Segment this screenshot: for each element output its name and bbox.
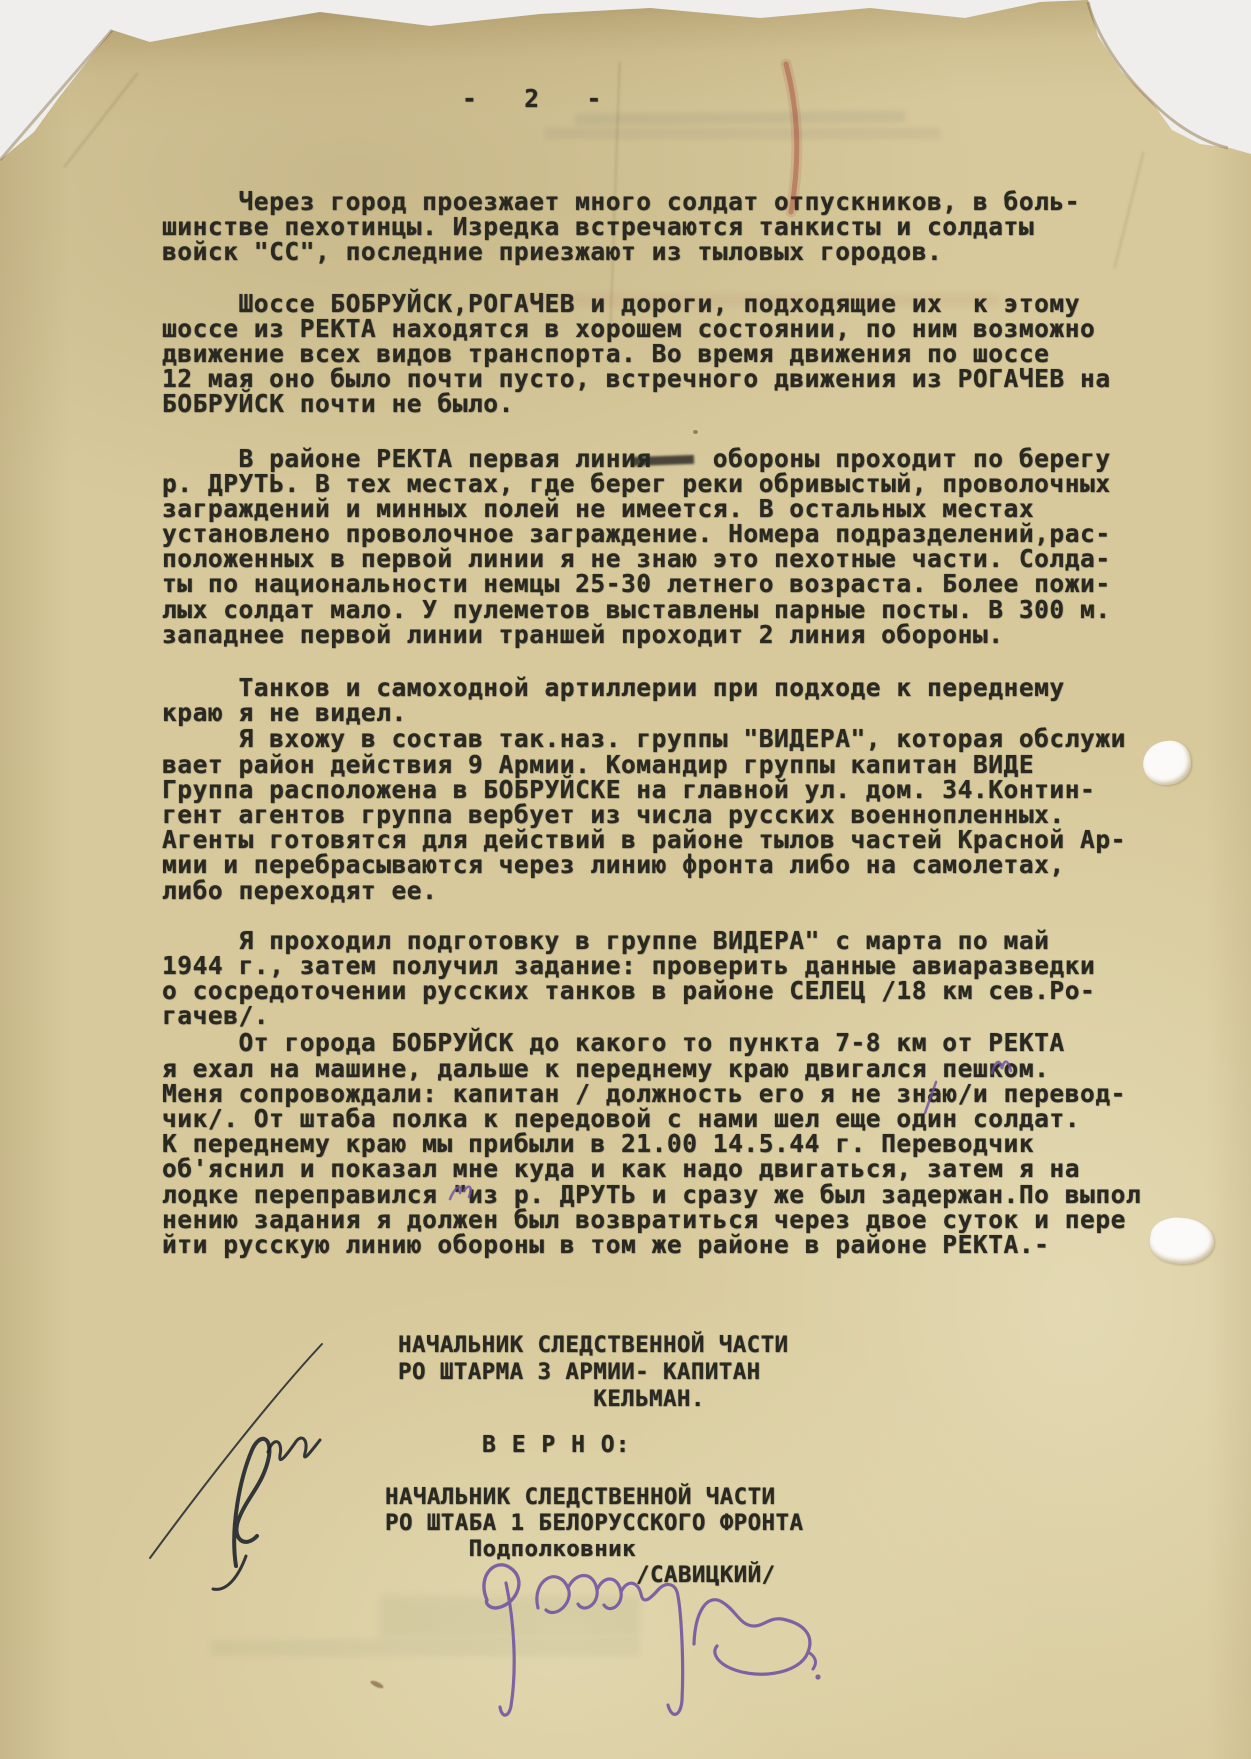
text-line: лых солдат мало. У пулеметов выставлены … (162, 597, 1152, 622)
text-line: В районе РЕКТА первая линия обороны прох… (162, 446, 1152, 471)
report-body: Через город проезжает много солдат отпус… (162, 189, 1152, 1257)
text-line: Меня сопровождали: капитан / должность е… (162, 1081, 1152, 1106)
paragraph: Через город проезжает много солдат отпус… (162, 189, 1152, 265)
text-line: От города БОБРУЙСК до какого то пункта 7… (162, 1030, 1152, 1055)
text-line: Танков и самоходной артиллерии при подхо… (162, 675, 1152, 700)
text-line: Я вхожу в состав так.наз. группы "ВИДЕРА… (162, 726, 1152, 751)
text-line: западнее первой линии траншей проходит 2… (162, 622, 1152, 647)
text-line: войск "СС", последние приезжают из тылов… (162, 239, 1152, 264)
text-line: Агенты готовятся для действий в районе т… (162, 827, 1152, 852)
text-line: РО ШТАРМА 3 АРМИИ- КАПИТАН (398, 1359, 789, 1386)
investigator-signature-block: НАЧАЛЬНИК СЛЕДСТВЕННОЙ ЧАСТИРО ШТАРМА 3 … (398, 1332, 789, 1413)
text-line: краю я не видел. (162, 700, 1152, 725)
text-line: либо переходят ее. (162, 878, 1152, 903)
text-line: лодке переправился "из р. ДРУТЬ и сразу … (162, 1182, 1152, 1207)
text-line: гачев/. (162, 1003, 1152, 1028)
text-line: Подполковник (385, 1536, 803, 1562)
text-line: чик/. От штаба полка к передовой с нами … (162, 1106, 1152, 1131)
text-line: БОБРУЙСК почти не было. (162, 391, 1152, 416)
text-line: установлено проволочное заграждение. Ном… (162, 521, 1152, 546)
text-line: положенных в первой линии я не знаю это … (162, 546, 1152, 571)
text-line: ты по национальности немцы 25-30 летнего… (162, 571, 1152, 596)
certified-true-label: В Е Р Н О: (482, 1432, 630, 1458)
text-line: заграждений и минных полей не имеется. В… (162, 496, 1152, 521)
text-line: йти русскую линию обороны в том же район… (162, 1232, 1152, 1257)
text-line: гент агентов группа вербует из числа рус… (162, 802, 1152, 827)
text-line: шинстве пехотинцы. Изредка встречаются т… (162, 214, 1152, 239)
text-line: Группа расположена в БОБРУЙСКЕ на главно… (162, 777, 1152, 802)
text-line: движение всех видов транспорта. Во время… (162, 341, 1152, 366)
text-line: вает район действия 9 Армии. Командир гр… (162, 752, 1152, 777)
text-line: РО ШТАБА 1 БЕЛОРУССКОГО ФРОНТА (385, 1510, 803, 1536)
text-line: НАЧАЛЬНИК СЛЕДСТВЕННОЙ ЧАСТИ (398, 1332, 789, 1359)
text-line: 1944 г., затем получил задание: проверит… (162, 953, 1152, 978)
text-line: шоссе из РЕКТА находятся в хорошем состо… (162, 316, 1152, 341)
certifier-signature-block: НАЧАЛЬНИК СЛЕДСТВЕННОЙ ЧАСТИРО ШТАБА 1 Б… (385, 1484, 803, 1588)
text-line: я ехал на машине, дальше к переднему кра… (162, 1056, 1152, 1081)
text-line: об'яснил и показал мне куда и как надо д… (162, 1156, 1152, 1181)
text-line: р. ДРУТЬ. В тех местах, где берег реки о… (162, 471, 1152, 496)
paragraph: Я проходил подготовку в группе ВИДЕРА" с… (162, 928, 1152, 1029)
paragraph: От города БОБРУЙСК до какого то пункта 7… (162, 1030, 1152, 1257)
paragraph: В районе РЕКТА первая линия обороны прох… (162, 446, 1152, 648)
paragraph: Шоссе БОБРУЙСК,РОГАЧЕВ и дороги, подходя… (162, 291, 1152, 417)
text-line: Через город проезжает много солдат отпус… (162, 189, 1152, 214)
text-line: /САВИЦКИЙ/ (385, 1562, 803, 1588)
text-line: НАЧАЛЬНИК СЛЕДСТВЕННОЙ ЧАСТИ (385, 1484, 803, 1510)
text-line: К переднему краю мы прибыли в 21.00 14.5… (162, 1131, 1152, 1156)
text-line: КЕЛЬМАН. (398, 1386, 789, 1413)
text-line: Шоссе БОБРУЙСК,РОГАЧЕВ и дороги, подходя… (162, 291, 1152, 316)
paragraph: Танков и самоходной артиллерии при подхо… (162, 675, 1152, 725)
text-line: нению задания я должен был возвратиться … (162, 1207, 1152, 1232)
text-line: о сосредоточении русских танков в районе… (162, 978, 1152, 1003)
paragraph: Я вхожу в состав так.наз. группы "ВИДЕРА… (162, 726, 1152, 902)
text-line: 12 мая оно было почти пусто, встречного … (162, 366, 1152, 391)
page-number: - 2 - (462, 84, 607, 113)
text-line: мии и перебрасываются через линию фронта… (162, 852, 1152, 877)
text-line: Я проходил подготовку в группе ВИДЕРА" с… (162, 928, 1152, 953)
